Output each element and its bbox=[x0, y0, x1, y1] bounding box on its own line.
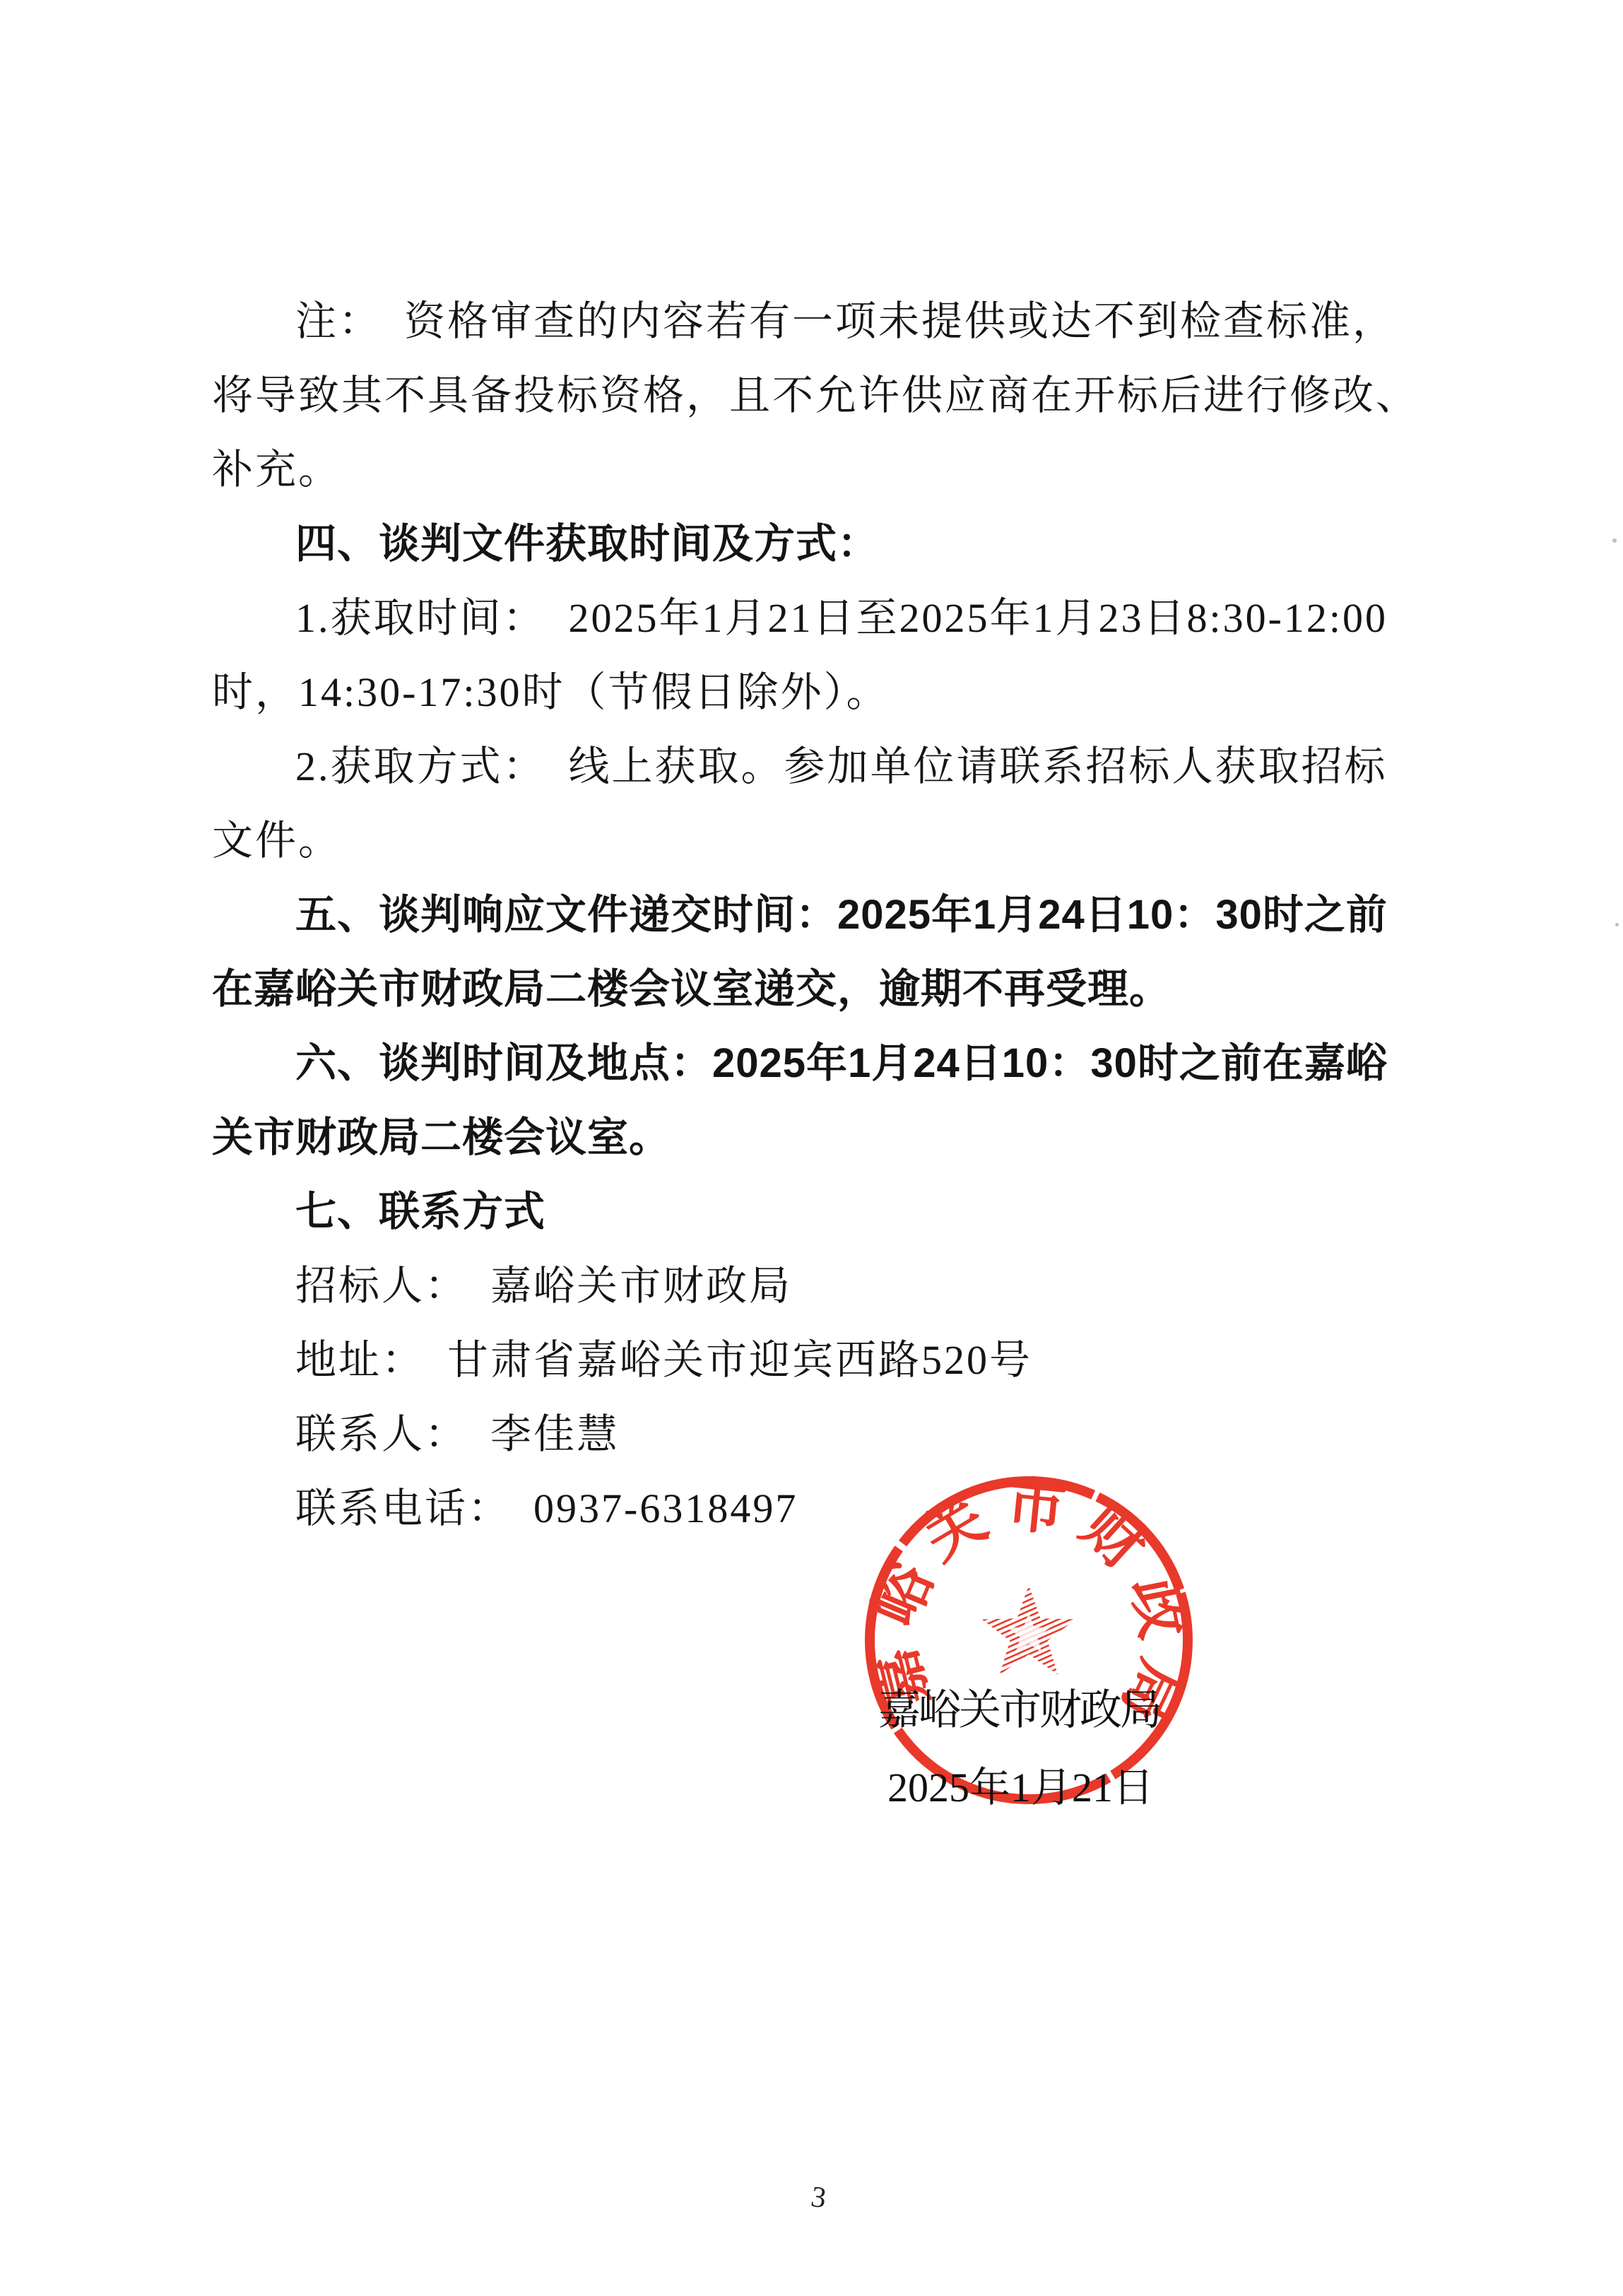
section-4-heading: 四、谈判文件获取时间及方式： bbox=[212, 507, 1422, 581]
scan-speck bbox=[1612, 538, 1617, 543]
page-number: 3 bbox=[809, 2180, 828, 2215]
section-4-item-2a: 2.获取方式： 线上获取。参加单位请联系招标人获取招标 bbox=[212, 729, 1422, 803]
section-5-line-1: 五、谈判响应文件递交时间：2025年1月24日10：30时之前 bbox=[212, 878, 1422, 952]
contact-address: 地址： 甘肃省嘉峪关市迎宾西路520号 bbox=[212, 1323, 1422, 1397]
section-7-heading: 七、联系方式 bbox=[212, 1175, 1422, 1249]
section-4-item-2b: 文件。 bbox=[212, 803, 1422, 878]
document-body: 注： 资格审查的内容若有一项未提供或达不到检查标准， 将导致其不具备投标资格，且… bbox=[212, 284, 1422, 1546]
section-4-item-1b: 时，14:30-17:30时（节假日除外）。 bbox=[212, 655, 1422, 729]
note-line-1: 注： 资格审查的内容若有一项未提供或达不到检查标准， bbox=[212, 284, 1422, 358]
section-4-item-1a: 1.获取时间： 2025年1月21日至2025年1月23日8:30-12:00 bbox=[212, 581, 1422, 655]
note-line-3: 补充。 bbox=[212, 432, 1422, 507]
signature-org-name: 嘉峪关市财政局 bbox=[878, 1676, 1160, 1737]
signature-date: 2025年1月21日 bbox=[887, 1754, 1154, 1813]
section-5-line-2: 在嘉峪关市财政局二楼会议室递交，逾期不再受理。 bbox=[212, 952, 1422, 1026]
scan-speck bbox=[1615, 923, 1619, 926]
section-6-line-2: 关市财政局二楼会议室。 bbox=[212, 1100, 1422, 1175]
document-page: 注： 资格审查的内容若有一项未提供或达不到检查标准， 将导致其不具备投标资格，且… bbox=[0, 0, 1623, 2296]
section-6-line-1: 六、谈判时间及地点：2025年1月24日10：30时之前在嘉峪 bbox=[212, 1026, 1422, 1100]
scanned-document-page: { "doc": { "lines": [ {"text": "注： 资格审查的… bbox=[0, 0, 1623, 2296]
note-line-2: 将导致其不具备投标资格，且不允许供应商在开标后进行修改、 bbox=[212, 358, 1422, 432]
contact-tenderer: 招标人： 嘉峪关市财政局 bbox=[212, 1249, 1422, 1323]
